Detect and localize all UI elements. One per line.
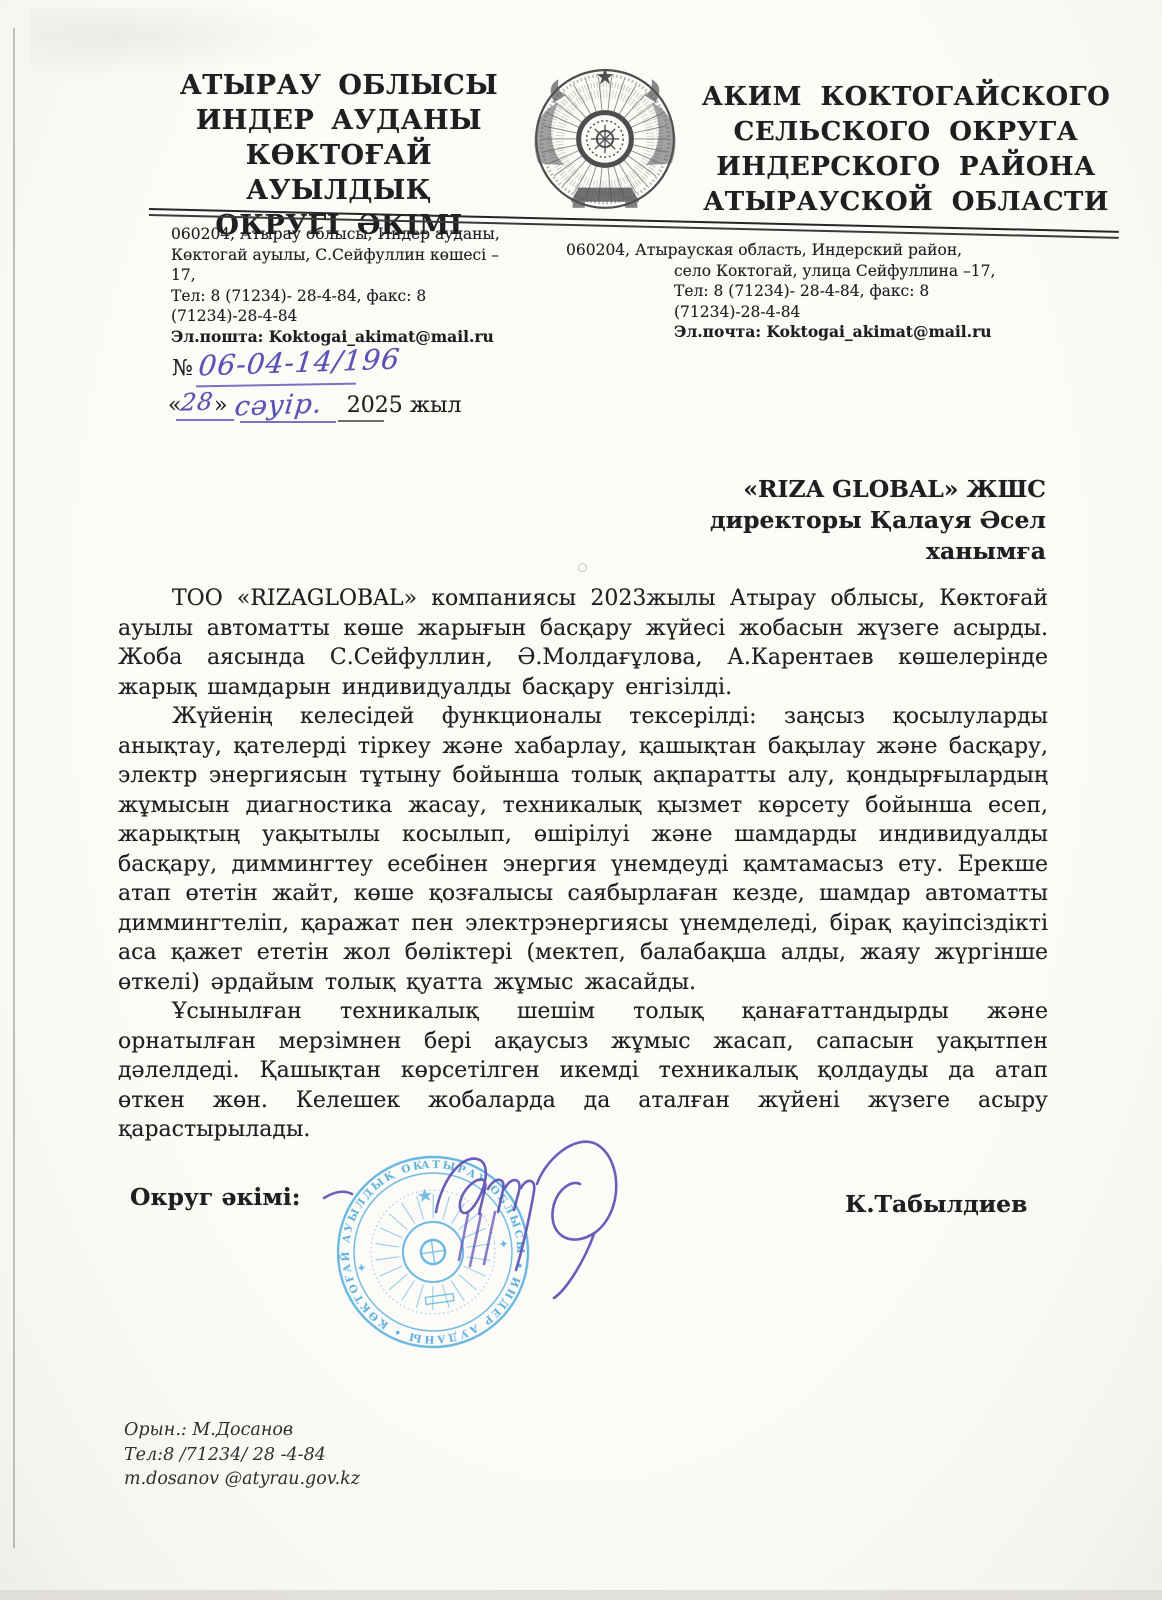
scanned-letter-page: АТЫРАУ ОБЛЫСЫ ИНДЕР АУДАНЫ КӨКТОҒАЙ АУЫЛ…: [0, 0, 1162, 1600]
state-emblem-icon: [524, 66, 686, 218]
reference-number-handwritten: 06-04-14/196: [197, 343, 402, 383]
date-day-underline: [176, 419, 234, 421]
date-month-underline: [240, 421, 336, 423]
quote-close: »: [214, 393, 227, 418]
executor-name: Орын.: М.Досанов: [124, 1418, 360, 1443]
signer-name: К.Табылдиев: [845, 1190, 1027, 1218]
body-paragraph-1: ТОО «RIZAGLOBAL» компаниясы 2023жылы Аты…: [118, 584, 1048, 702]
letterhead-kazakh-line: АТЫРАУ ОБЛЫСЫ: [150, 68, 528, 103]
contact-block-kazakh: 060204, Атырау облысы, Индер ауданы, Көк…: [171, 224, 521, 347]
letterhead-russian-line: СЕЛЬСКОГО ОКРУГА: [688, 115, 1124, 150]
executor-email: m.dosanov @atyrau.gov.kz: [124, 1467, 360, 1492]
recipient-company: «RIZA GLOBAL» ЖШС: [600, 474, 1046, 505]
recipient-block: «RIZA GLOBAL» ЖШС директоры Қалауя Әсел …: [600, 474, 1046, 567]
contact-email-line: Эл.почта: Koktogai_akimat@mail.ru: [566, 322, 1006, 343]
signer-title: Округ әкімі:: [130, 1183, 300, 1211]
date-underline-tail: [338, 420, 384, 422]
contact-line: 060204, Атырау облысы, Индер ауданы,: [171, 224, 521, 245]
scan-edge-line: [13, 28, 15, 1548]
reference-number-row: №06-04-14/196: [172, 349, 400, 382]
contact-line: 060204, Атырауская область, Индерский ра…: [566, 240, 1006, 261]
date-day-handwritten: 28: [180, 387, 216, 416]
recipient-person: директоры Қалауя Әсел ханымға: [600, 505, 1046, 567]
contact-line: Тел: 8 (71234)- 28-4-84, факс: 8 (71234)…: [171, 286, 521, 327]
letterhead-russian: АКИМ КОКТОГАЙСКОГО СЕЛЬСКОГО ОКРУГА ИНДЕ…: [688, 80, 1124, 220]
contact-block-russian: 060204, Атырауская область, Индерский ра…: [566, 240, 1006, 343]
letterhead-russian-line: АТЫРАУСКОЙ ОБЛАСТИ: [688, 185, 1124, 220]
scan-edge-bottom: [0, 1590, 1162, 1600]
body-paragraph-2: Жүйенің келесідей функционалы тексерілді…: [118, 702, 1048, 997]
number-sign: №: [172, 356, 193, 381]
contact-line: Тел: 8 (71234)- 28-4-84, факс: 8 (71234)…: [566, 281, 1006, 322]
letterhead-russian-line: ИНДЕРСКОГО РАЙОНА: [688, 150, 1124, 185]
date-month-handwritten: сәуір.: [234, 388, 325, 422]
contact-line: село Коктогай, улица Сейфуллина –17,: [566, 261, 1006, 282]
ink-signature-icon: [318, 1092, 638, 1322]
date-year: 2025 жыл: [347, 393, 462, 418]
contact-line: Көктогай ауылы, С.Сейфуллин көшесі –17,: [171, 245, 521, 286]
date-row: «28»сәуір.2025 жыл: [168, 388, 461, 419]
executor-block: Орын.: М.Досанов Тел:8 /71234/ 28 -4-84 …: [124, 1418, 360, 1492]
letter-body: ТОО «RIZAGLOBAL» компаниясы 2023жылы Аты…: [118, 584, 1048, 1145]
scan-dot-artifact: [578, 563, 587, 572]
letterhead-kazakh-line: КӨКТОҒАЙ АУЫЛДЫҚ: [150, 138, 528, 208]
letterhead-kazakh-line: ИНДЕР АУДАНЫ: [150, 103, 528, 138]
reference-underline: [196, 383, 356, 388]
executor-phone: Тел:8 /71234/ 28 -4-84: [124, 1443, 360, 1468]
letterhead-russian-line: АКИМ КОКТОГАЙСКОГО: [688, 80, 1124, 115]
